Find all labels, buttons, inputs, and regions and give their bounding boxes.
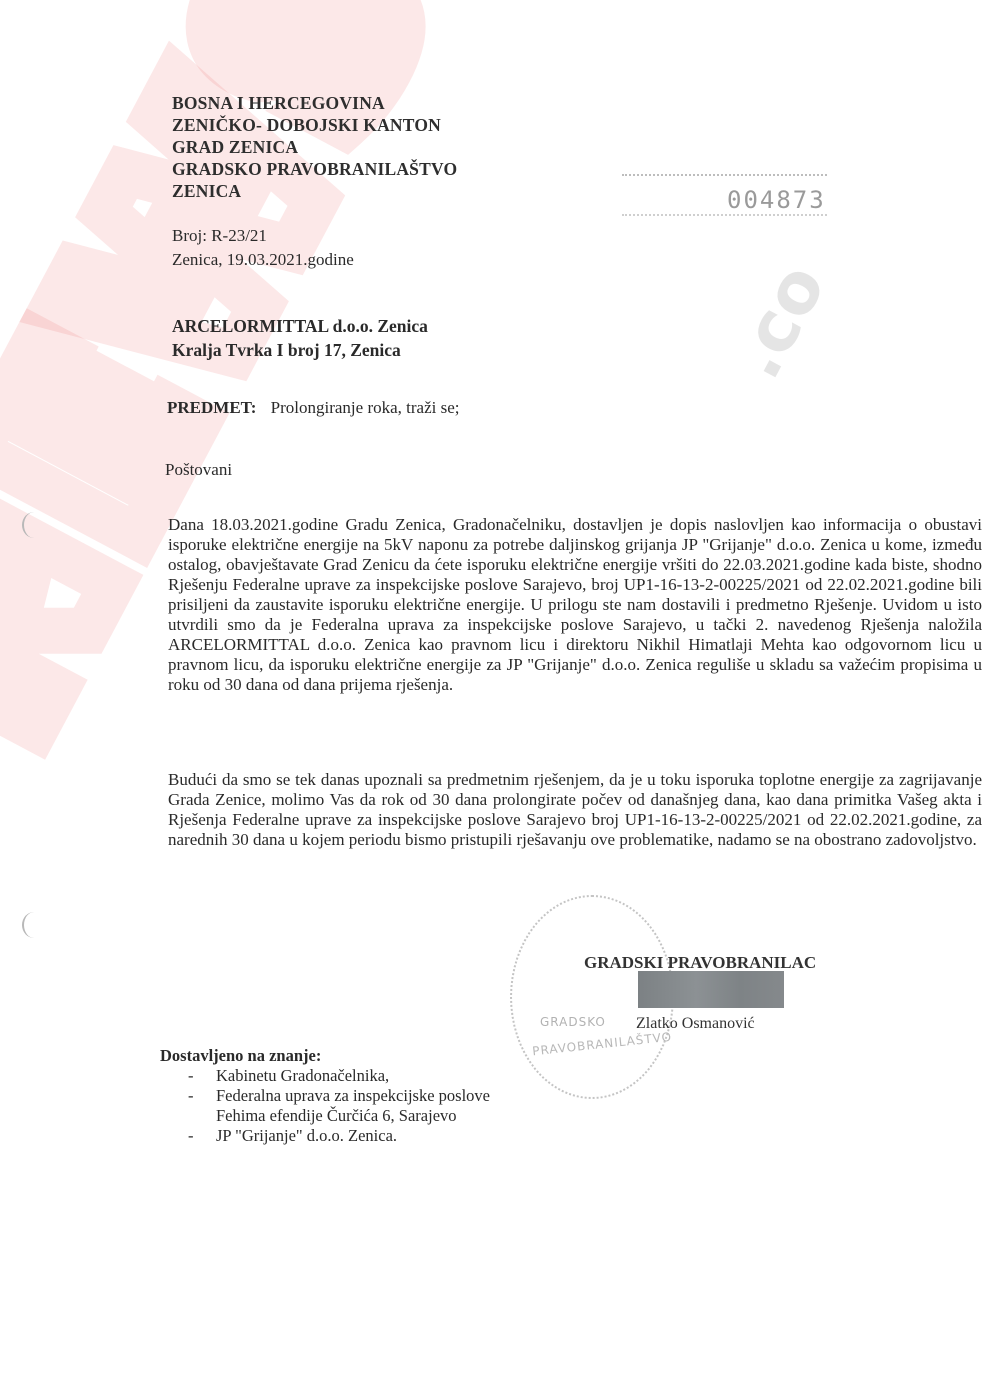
distribution-list: Dostavljeno na znanje: - Kabinetu Gradon… <box>160 1046 490 1146</box>
punch-hole-mark <box>22 912 46 938</box>
distribution-title: Dostavljeno na znanje: <box>160 1046 490 1066</box>
bullet-dash: - <box>188 1086 194 1106</box>
signature-redaction <box>638 971 784 1008</box>
recipient-block: ARCELORMITTAL d.o.o. Zenica Kralja Tvrka… <box>172 314 428 362</box>
distribution-item-text: Kabinetu Gradonačelnika, <box>216 1066 490 1086</box>
letterhead-office-city: ZENICA <box>172 180 457 202</box>
recipient-address: Kralja Tvrka I broj 17, Zenica <box>172 338 428 362</box>
subject-text: Prolongiranje roka, traži se; <box>271 398 460 417</box>
distribution-item: - JP "Grijanje" d.o.o. Zenica. <box>160 1126 490 1146</box>
body-paragraph: Dana 18.03.2021.godine Gradu Zenica, Gra… <box>168 515 982 695</box>
bullet-dash: - <box>188 1066 194 1086</box>
watermark-suffix: .co <box>715 250 842 391</box>
bullet-dash: - <box>188 1126 194 1146</box>
stamp-text: GRADSKO <box>540 1015 606 1029</box>
distribution-item: - Kabinetu Gradonačelnika, <box>160 1066 490 1086</box>
punch-hole-mark <box>22 512 46 538</box>
letterhead: BOSNA I HERCEGOVINA ZENIČKO- DOBOJSKI KA… <box>172 92 457 202</box>
stamp-dotted-line <box>622 174 827 184</box>
stamp-text: PRAVOBRANILAŠTVO <box>532 1030 673 1059</box>
distribution-item: - Federalna uprava za inspekcijske poslo… <box>160 1086 490 1126</box>
letterhead-country: BOSNA I HERCEGOVINA <box>172 92 457 114</box>
body-paragraph: Budući da smo se tek danas upoznali sa p… <box>168 770 982 850</box>
signatory-name: Zlatko Osmanović <box>636 1015 755 1033</box>
document-meta: Broj: R-23/21 Zenica, 19.03.2021.godine <box>172 224 354 272</box>
letterhead-office: GRADSKO PRAVOBRANILAŠTVO <box>172 158 457 180</box>
reference-number: Broj: R-23/21 <box>172 224 354 248</box>
greeting: Poštovani <box>165 460 232 480</box>
distribution-item-text: Federalna uprava za inspekcijske poslove <box>216 1086 490 1106</box>
registration-stamp: 004873 <box>622 168 827 228</box>
letterhead-canton: ZENIČKO- DOBOJSKI KANTON <box>172 114 457 136</box>
distribution-item-text: JP "Grijanje" d.o.o. Zenica. <box>216 1126 490 1146</box>
distribution-item-address: Fehima efendije Čurčića 6, Sarajevo <box>216 1106 490 1126</box>
watermark: NEWSLOG .co <box>0 0 1000 1391</box>
stamp-dotted-line <box>622 214 827 224</box>
letterhead-city: GRAD ZENICA <box>172 136 457 158</box>
subject-label: PREDMET: <box>167 398 256 417</box>
subject-line: PREDMET: Prolongiranje roka, traži se; <box>167 398 459 418</box>
place-date: Zenica, 19.03.2021.godine <box>172 248 354 272</box>
registration-number: 004873 <box>727 186 826 214</box>
signature-title: GRADSKI PRAVOBRANILAC <box>584 953 816 973</box>
recipient-name: ARCELORMITTAL d.o.o. Zenica <box>172 314 428 338</box>
